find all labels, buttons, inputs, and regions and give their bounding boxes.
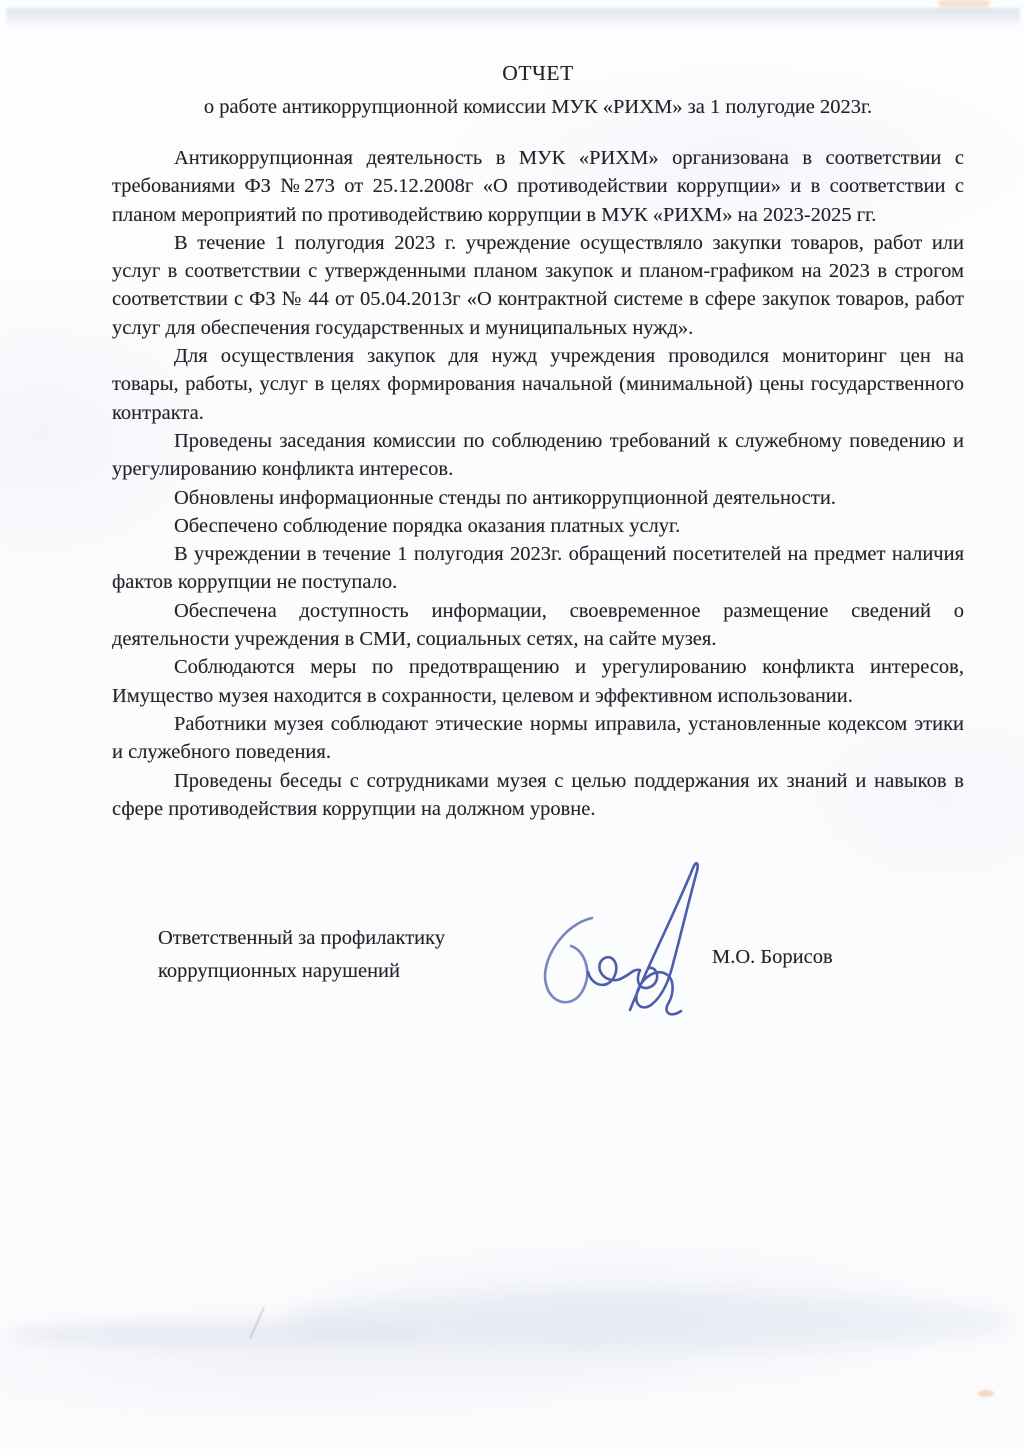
body-paragraph: Для осуществления закупок для нужд учреж… [112,342,964,427]
signature-stroke [545,863,698,1014]
document-title: ОТЧЕТ [112,58,964,88]
body-paragraph: В учреждении в течение 1 полугодия 2023г… [112,540,964,597]
document-subtitle: о работе антикоррупционной комиссии МУК … [112,92,964,122]
body-paragraph: Работники музея соблюдают этические норм… [112,710,964,767]
body-paragraph: Соблюдаются меры по предотвращению и уре… [112,653,964,710]
scanned-document-page: ОТЧЕТ о работе антикоррупционной комисси… [0,0,1024,1449]
scan-artifact-speck [978,1390,994,1397]
handwritten-signature [530,860,712,1030]
signature-role-line-2: коррупционных нарушений [158,955,445,988]
signature-block: Ответственный за профилактику коррупцион… [112,922,964,1112]
body-paragraph: Проведены беседы с сотрудниками музея с … [112,767,964,824]
scan-artifact-speck [938,0,990,7]
body-paragraph: Антикоррупционная деятельность в МУК «РИ… [112,144,964,229]
body-paragraph: Обеспечено соблюдение порядка оказания п… [112,512,964,540]
document-content: ОТЧЕТ о работе антикоррупционной комисси… [112,58,964,823]
body-paragraph: В течение 1 полугодия 2023 г. учреждение… [112,229,964,342]
signature-name: М.О. Борисов [712,946,833,969]
body-paragraph: Обновлены информационные стенды по антик… [112,484,964,512]
scan-artifact-smudge [6,1322,426,1348]
body-paragraph: Проведены заседания комиссии по соблюден… [112,427,964,484]
document-body: Антикоррупционная деятельность в МУК «РИ… [112,144,964,823]
scan-artifact-top-band [6,8,1020,26]
body-paragraph: Обеспечена доступность информации, своев… [112,597,964,654]
signature-role-line-1: Ответственный за профилактику [158,922,445,955]
signature-role: Ответственный за профилактику коррупцион… [158,922,445,988]
